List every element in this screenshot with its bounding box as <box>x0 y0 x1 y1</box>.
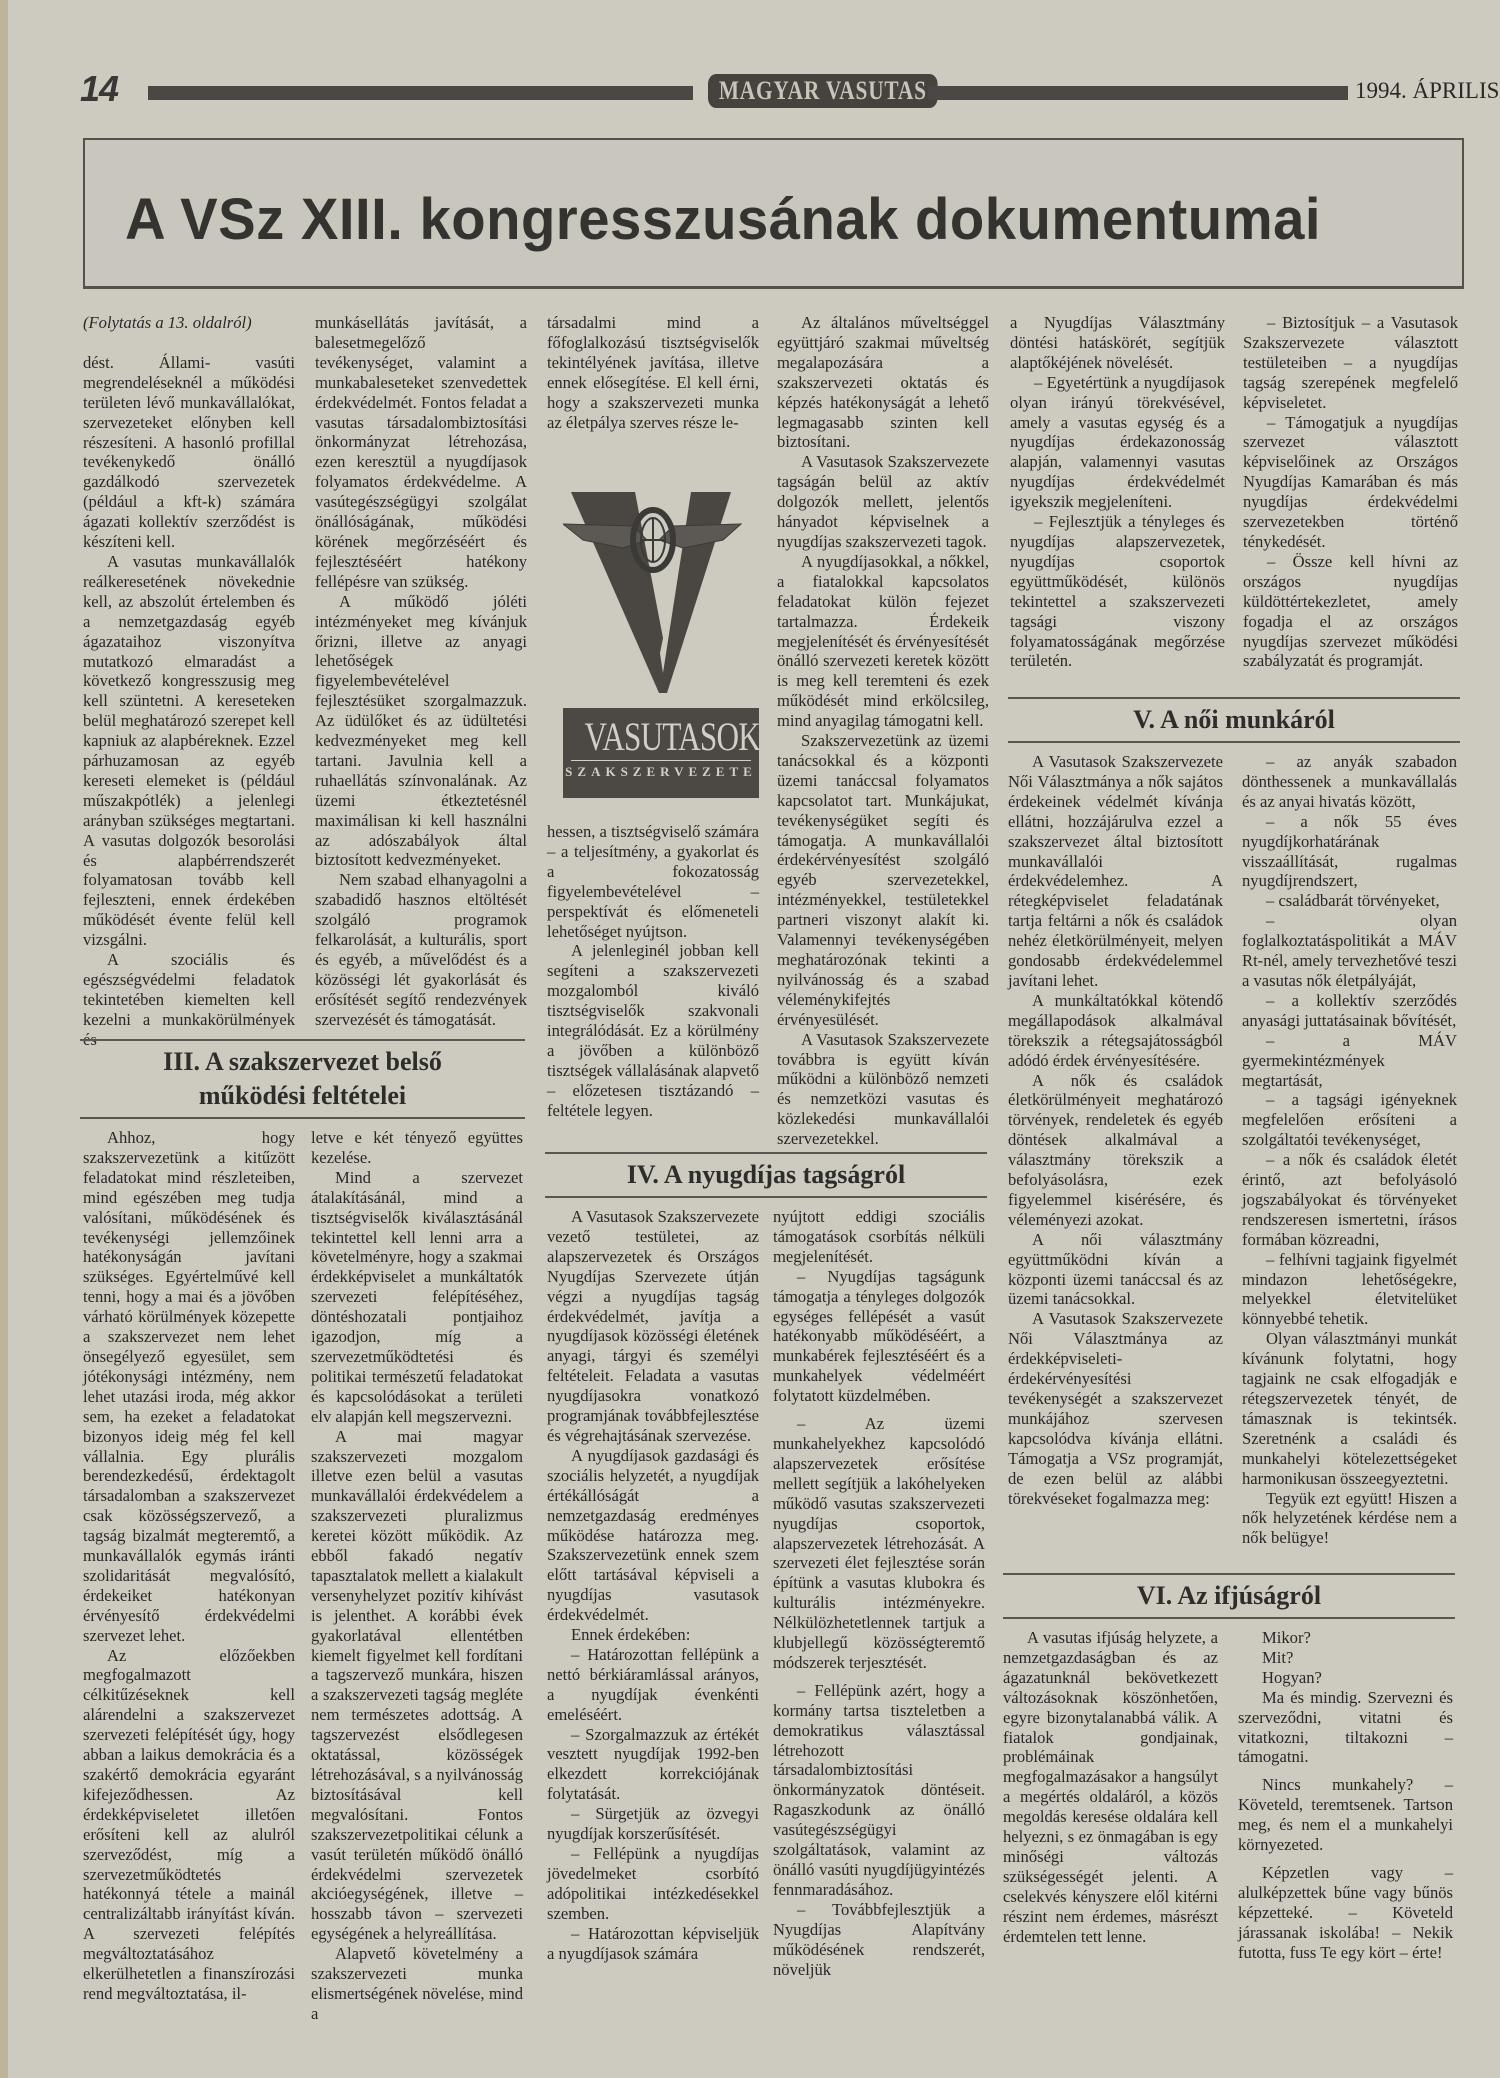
paragraph: A Vasutasok Szakszervezete Női Választmá… <box>1008 1309 1223 1508</box>
list-item: – az anyák szabadon dönthessenek a munka… <box>1242 752 1457 812</box>
paragraph: A működő jóléti intézményeket meg kívánj… <box>315 592 527 871</box>
list-item: – Továbbfejlesztjük a Nyugdíjas Alapítvá… <box>773 1900 985 1980</box>
section-heading-vi-text: VI. Az ifjúságról <box>1003 1579 1455 1613</box>
paragraph: A jelenleginél jobban kell segíteni a sz… <box>547 941 759 1120</box>
paragraph: Az általános műveltséggel együttjáró sza… <box>777 313 989 452</box>
masthead-rule-right <box>928 86 1348 100</box>
paragraph: munkásellátás javítását, a balesetmegelő… <box>315 313 527 592</box>
paragraph: a Nyugdíjas Választmány döntési hatáskör… <box>1010 313 1225 373</box>
paragraph: A vasutas ifjúság helyzete, a nemzetgazd… <box>1003 1628 1218 1947</box>
paragraph: Ahhoz, hogy szakszervezetünk a kitűzött … <box>83 1128 295 1646</box>
article-column-1: (Folytatás a 13. oldalról) dést. Állami-… <box>83 313 295 1050</box>
section-iv-column-a: A Vasutasok Szakszervezete vezető testül… <box>547 1207 759 1963</box>
list-item: – Biztosítjuk – a Vasutasok Szakszerveze… <box>1243 313 1458 413</box>
paragraph: A mai magyar szakszervezeti mozgalom ill… <box>311 1427 523 1945</box>
masthead: 14 MAGYAR VASUTAS 1994. ÁPRILIS 26. <box>80 72 1460 108</box>
logo-subtitle: SZAKSZERVEZETE <box>563 761 759 783</box>
list-item: – Fejlesztjük a tényleges és nyugdíjas a… <box>1010 512 1225 671</box>
list-item: – a MÁV gyermekintézmények megtartását, <box>1242 1031 1457 1091</box>
section-heading-v: V. A női munkáról <box>1008 697 1460 743</box>
article-column-3-top: társadalmi mind a főfoglalkozású tisztsé… <box>547 313 759 432</box>
paragraph: Az előzőekben megfogalmazott célkitűzése… <box>83 1646 295 2004</box>
list-item: – Határozottan fellépünk a nettó bérkiár… <box>547 1645 759 1725</box>
page-title: A VSz XIII. kongresszusának dokumentumai <box>125 186 1321 253</box>
paragraph: letve e két tényező együttes kezelése. <box>311 1128 523 1168</box>
paragraph: A nyugdíjasokkal, a nőkkel, a fiatalokka… <box>777 552 989 731</box>
paragraph: A szociális és egészségvédelmi feladatok… <box>83 950 295 1050</box>
page-number: 14 <box>80 68 118 110</box>
paragraph: A nők és családok életkörülményeit megha… <box>1008 1071 1223 1230</box>
list-item: – Az üzemi munkahelyekhez kapcsolódó ala… <box>773 1414 985 1673</box>
paragraph: Ennek érdekében: <box>547 1625 759 1645</box>
section-vi-column-a: A vasutas ifjúság helyzete, a nemzetgazd… <box>1003 1628 1218 1947</box>
article-column-2: munkásellátás javítását, a balesetmegelő… <box>315 313 527 1030</box>
paragraph: Mind a szervezet átalakításánál, mind a … <box>311 1168 523 1427</box>
list-item: – Fellépünk a nyugdíjas jövedelmeket cso… <box>547 1844 759 1924</box>
section-v-column-a: A Vasutasok Szakszervezete Női Választmá… <box>1008 752 1223 1508</box>
section-iv-column-b: nyújtott eddigi szociális támogatások cs… <box>773 1207 985 1979</box>
list-item: – Fellépünk azért, hogy a kormány tartsa… <box>773 1681 985 1900</box>
section-heading-vi: VI. Az ifjúságról <box>1003 1573 1455 1619</box>
paragraph: hessen, a tisztségviselő számára – a tel… <box>547 822 759 941</box>
paragraph: Tegyük ezt együtt! Hiszen a nők helyzeté… <box>1242 1489 1457 1549</box>
list-item: – Össze kell hívni az országos nyugdíjas… <box>1243 552 1458 671</box>
paragraph: A nyugdíjasok gazdasági és szociális hel… <box>547 1446 759 1625</box>
continuation-note: (Folytatás a 13. oldalról) <box>83 313 295 333</box>
paragraph: Mit? <box>1238 1648 1453 1668</box>
list-item: – olyan foglalkoztatáspolitikát a MÁV Rt… <box>1242 911 1457 991</box>
masthead-rule-left <box>148 86 693 100</box>
logo-plate: VASUTASOK SZAKSZERVEZETE <box>563 708 759 798</box>
paragraph: A Vasutasok Szakszervezete továbbra is e… <box>777 1030 989 1149</box>
logo-wordmark: VASUTASOK <box>585 714 738 760</box>
section-heading-iv: IV. A nyugdíjas tagságról <box>545 1152 987 1198</box>
list-item: – Nyugdíjas tagságunk támogatja a tényle… <box>773 1267 985 1406</box>
paragraph: Hogyan? <box>1238 1668 1453 1688</box>
title-box: A VSz XIII. kongresszusának dokumentumai <box>83 138 1464 289</box>
section-heading-iv-text: IV. A nyugdíjas tagságról <box>545 1158 987 1192</box>
paragraph: Nem szabad elhanyagolni a szabadidő hasz… <box>315 870 527 1029</box>
section-vi-column-b: Mikor? Mit? Hogyan? Ma és mindig. Szerve… <box>1238 1628 1453 1963</box>
section-heading-iii: III. A szakszervezet belső működési felt… <box>80 1039 525 1119</box>
list-item: – Sürgetjük az özvegyi nyugdíjak korszer… <box>547 1804 759 1844</box>
paragraph: Képzetlen vagy – alulképzettek bűne vagy… <box>1238 1863 1453 1963</box>
section-iii-column-a: Ahhoz, hogy szakszervezetünk a kitűzött … <box>83 1128 295 2004</box>
union-logo: VASUTASOK SZAKSZERVEZETE <box>563 488 768 788</box>
paragraph: A vasutas munkavállalók reálkeresetének … <box>83 552 295 950</box>
list-item: – a nők és családok életét érintő, azt b… <box>1242 1150 1457 1250</box>
paragraph: Szakszervezetünk az üzemi tanácsokkal és… <box>777 731 989 1030</box>
winged-wheel-v-icon <box>563 488 763 703</box>
paragraph: A Vasutasok Szakszervezete vezető testül… <box>547 1207 759 1446</box>
issue-date: 1994. ÁPRILIS 26. <box>1355 78 1500 104</box>
list-item: – a kollektív szerződés anyasági juttatá… <box>1242 991 1457 1031</box>
article-column-4: Az általános műveltséggel együttjáró sza… <box>777 313 989 1149</box>
paragraph: A női választmány együttműködni kíván a … <box>1008 1230 1223 1310</box>
section-heading-iii-line1: III. A szakszervezet belső <box>80 1045 525 1079</box>
paragraph: dést. Állami- vasúti megrendeléseknél a … <box>83 353 295 552</box>
paragraph: Olyan választmányi munkát kívánunk folyt… <box>1242 1329 1457 1488</box>
list-item: – Egyetértünk a nyugdíjasok olyan irányú… <box>1010 373 1225 512</box>
paragraph: A Vasutasok Szakszervezete tagságán belü… <box>777 452 989 552</box>
paragraph: Ma és mindig. Szervezni és szerveződni, … <box>1238 1688 1453 1768</box>
article-column-6: – Biztosítjuk – a Vasutasok Szakszerveze… <box>1243 313 1458 671</box>
section-v-column-b: – az anyák szabadon dönthessenek a munka… <box>1242 752 1457 1548</box>
paragraph: társadalmi mind a főfoglalkozású tisztsé… <box>547 313 759 432</box>
list-item: – Határozottan képviseljük a nyugdíjasok… <box>547 1924 759 1964</box>
paragraph: Alapvető követelmény a szakszervezeti mu… <box>311 1944 523 2024</box>
list-item: – Szorgalmazzuk az értékét vesztett nyug… <box>547 1725 759 1805</box>
paragraph: nyújtott eddigi szociális támogatások cs… <box>773 1207 985 1267</box>
publication-logo: MAGYAR VASUTAS <box>708 74 938 108</box>
paragraph: Nincs munkahely? – Követeld, teremtsenek… <box>1238 1775 1453 1855</box>
article-column-3-bottom: hessen, a tisztségviselő számára – a tel… <box>547 822 759 1121</box>
page-edge <box>0 0 8 2078</box>
list-item: – Támogatjuk a nyugdíjas szervezet válas… <box>1243 413 1458 552</box>
section-heading-iii-line2: működési feltételei <box>80 1079 525 1113</box>
list-item: – felhívni tagjaink figyelmét mindazon l… <box>1242 1250 1457 1330</box>
list-item: – a tagsági igényeknek megfelelően erősí… <box>1242 1090 1457 1150</box>
list-item: – családbarát törvényeket, <box>1242 891 1457 911</box>
paragraph: Mikor? <box>1238 1628 1453 1648</box>
paragraph: A munkáltatókkal kötendő megállapodások … <box>1008 991 1223 1071</box>
list-item: – a nők 55 éves nyugdíjkorhatárának viss… <box>1242 812 1457 892</box>
paragraph: A Vasutasok Szakszervezete Női Választmá… <box>1008 752 1223 991</box>
section-iii-column-b: letve e két tényező együttes kezelése. M… <box>311 1128 523 2024</box>
article-column-5: a Nyugdíjas Választmány döntési hatáskör… <box>1010 313 1225 671</box>
section-heading-v-text: V. A női munkáról <box>1008 703 1460 737</box>
